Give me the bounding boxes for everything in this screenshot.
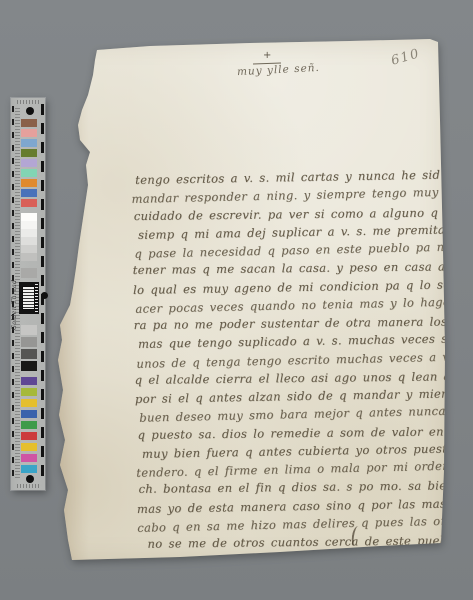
strip-mid-gray [21, 268, 37, 278]
color-patch [21, 199, 37, 207]
cross-glyph: + [263, 50, 271, 61]
color-patch [21, 377, 37, 385]
color-patch [21, 410, 37, 418]
color-patch [21, 213, 37, 221]
color-patch [21, 454, 37, 462]
color-patch [21, 432, 37, 440]
manuscript-page: + muy ylle señ. 610 tengo escritos a v. … [55, 38, 447, 564]
strip-header-text [17, 100, 39, 104]
color-patch [21, 245, 37, 253]
registration-dot-bottom [26, 475, 34, 483]
calibration-strip: Golden Thread [11, 98, 45, 490]
manuscript-line: no se me de otros cuantos cerca de este … [147, 531, 473, 553]
color-patch [21, 325, 37, 335]
color-patch [21, 237, 37, 245]
barcode-dots [35, 284, 38, 312]
torn-edge-shading [55, 98, 89, 564]
color-patch [21, 159, 37, 167]
strip-top-patches [21, 119, 37, 209]
color-patch [21, 361, 37, 371]
color-patch [21, 337, 37, 347]
folio-number: 610 [390, 46, 422, 69]
color-patch [21, 169, 37, 177]
color-patch [21, 189, 37, 197]
strip-bottom-patches [21, 377, 37, 476]
strip-footer-text [17, 484, 39, 488]
resolution-target [22, 286, 35, 310]
strip-gray-ramp [21, 213, 37, 261]
color-patch [21, 229, 37, 237]
color-patch [21, 399, 37, 407]
color-patch [21, 129, 37, 137]
paper-sheet: + muy ylle señ. 610 tengo escritos a v. … [55, 38, 447, 564]
text-block: tengo escritos a v. s. mil cartas y nunc… [131, 165, 454, 550]
strip-gray-steps [21, 325, 37, 373]
color-patch [21, 268, 37, 278]
registration-dot-right [41, 292, 48, 299]
color-patch [21, 221, 37, 229]
color-patch [21, 421, 37, 429]
color-patch [21, 253, 37, 261]
color-patch [21, 443, 37, 451]
color-patch [21, 119, 37, 127]
strip-brand-label: Golden Thread [11, 280, 18, 330]
color-patch [21, 139, 37, 147]
color-patch [21, 349, 37, 359]
color-patch [21, 149, 37, 157]
salutation: muy ylle señ. [237, 62, 320, 78]
color-patch [21, 465, 37, 473]
photo-stage: Golden Thread + muy ylle señ. 610 tengo … [0, 0, 473, 600]
registration-dot-top [26, 107, 34, 115]
color-patch [21, 388, 37, 396]
color-patch [21, 179, 37, 187]
barcode-block [19, 282, 39, 314]
